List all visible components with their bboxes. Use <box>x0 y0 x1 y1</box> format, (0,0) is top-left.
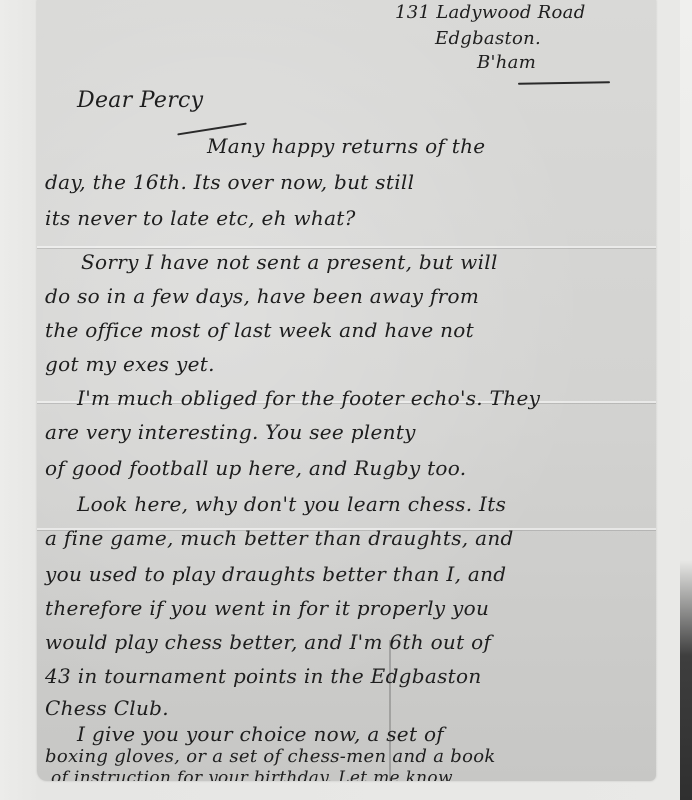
body-line: Look here, why don't you learn chess. It… <box>77 492 506 516</box>
address-underline <box>518 81 610 85</box>
photo-stage: 131 Ladywood Road Edgbaston. B'ham Dear … <box>0 0 692 800</box>
address-line-3: B'ham <box>477 52 536 73</box>
body-line: of instruction for your birthday. Let me… <box>51 768 453 781</box>
body-line: got my exes yet. <box>45 352 215 376</box>
body-line: are very interesting. You see plenty <box>45 420 416 444</box>
body-line: a fine game, much better than draughts, … <box>45 526 514 550</box>
address-line-2: Edgbaston. <box>435 28 541 49</box>
body-line: Chess Club. <box>45 696 169 720</box>
body-line: day, the 16th. Its over now, but still <box>45 170 414 194</box>
body-line: you used to play draughts better than I,… <box>45 562 506 586</box>
body-line: the office most of last week and have no… <box>45 318 474 342</box>
body-line: I give you your choice now, a set of <box>77 722 444 746</box>
paper-fold-line <box>37 246 656 248</box>
body-line: 43 in tournament points in the Edgbaston <box>45 664 482 688</box>
background-edge <box>680 0 692 800</box>
address-line-1: 131 Ladywood Road <box>395 2 586 23</box>
body-line: of good football up here, and Rugby too. <box>45 456 466 480</box>
body-line: boxing gloves, or a set of chess-men and… <box>45 746 496 767</box>
body-line: therefore if you went in for it properly… <box>45 596 489 620</box>
body-line: do so in a few days, have been away from <box>45 284 479 308</box>
body-line: Many happy returns of the <box>207 134 485 158</box>
body-line: its never to late etc, eh what? <box>45 206 356 230</box>
letter-paper: 131 Ladywood Road Edgbaston. B'ham Dear … <box>37 0 656 781</box>
salutation: Dear Percy <box>77 88 203 113</box>
body-line: Sorry I have not sent a present, but wil… <box>81 250 498 274</box>
body-line: would play chess better, and I'm 6th out… <box>45 630 491 654</box>
body-line: I'm much obliged for the footer echo's. … <box>77 386 540 410</box>
